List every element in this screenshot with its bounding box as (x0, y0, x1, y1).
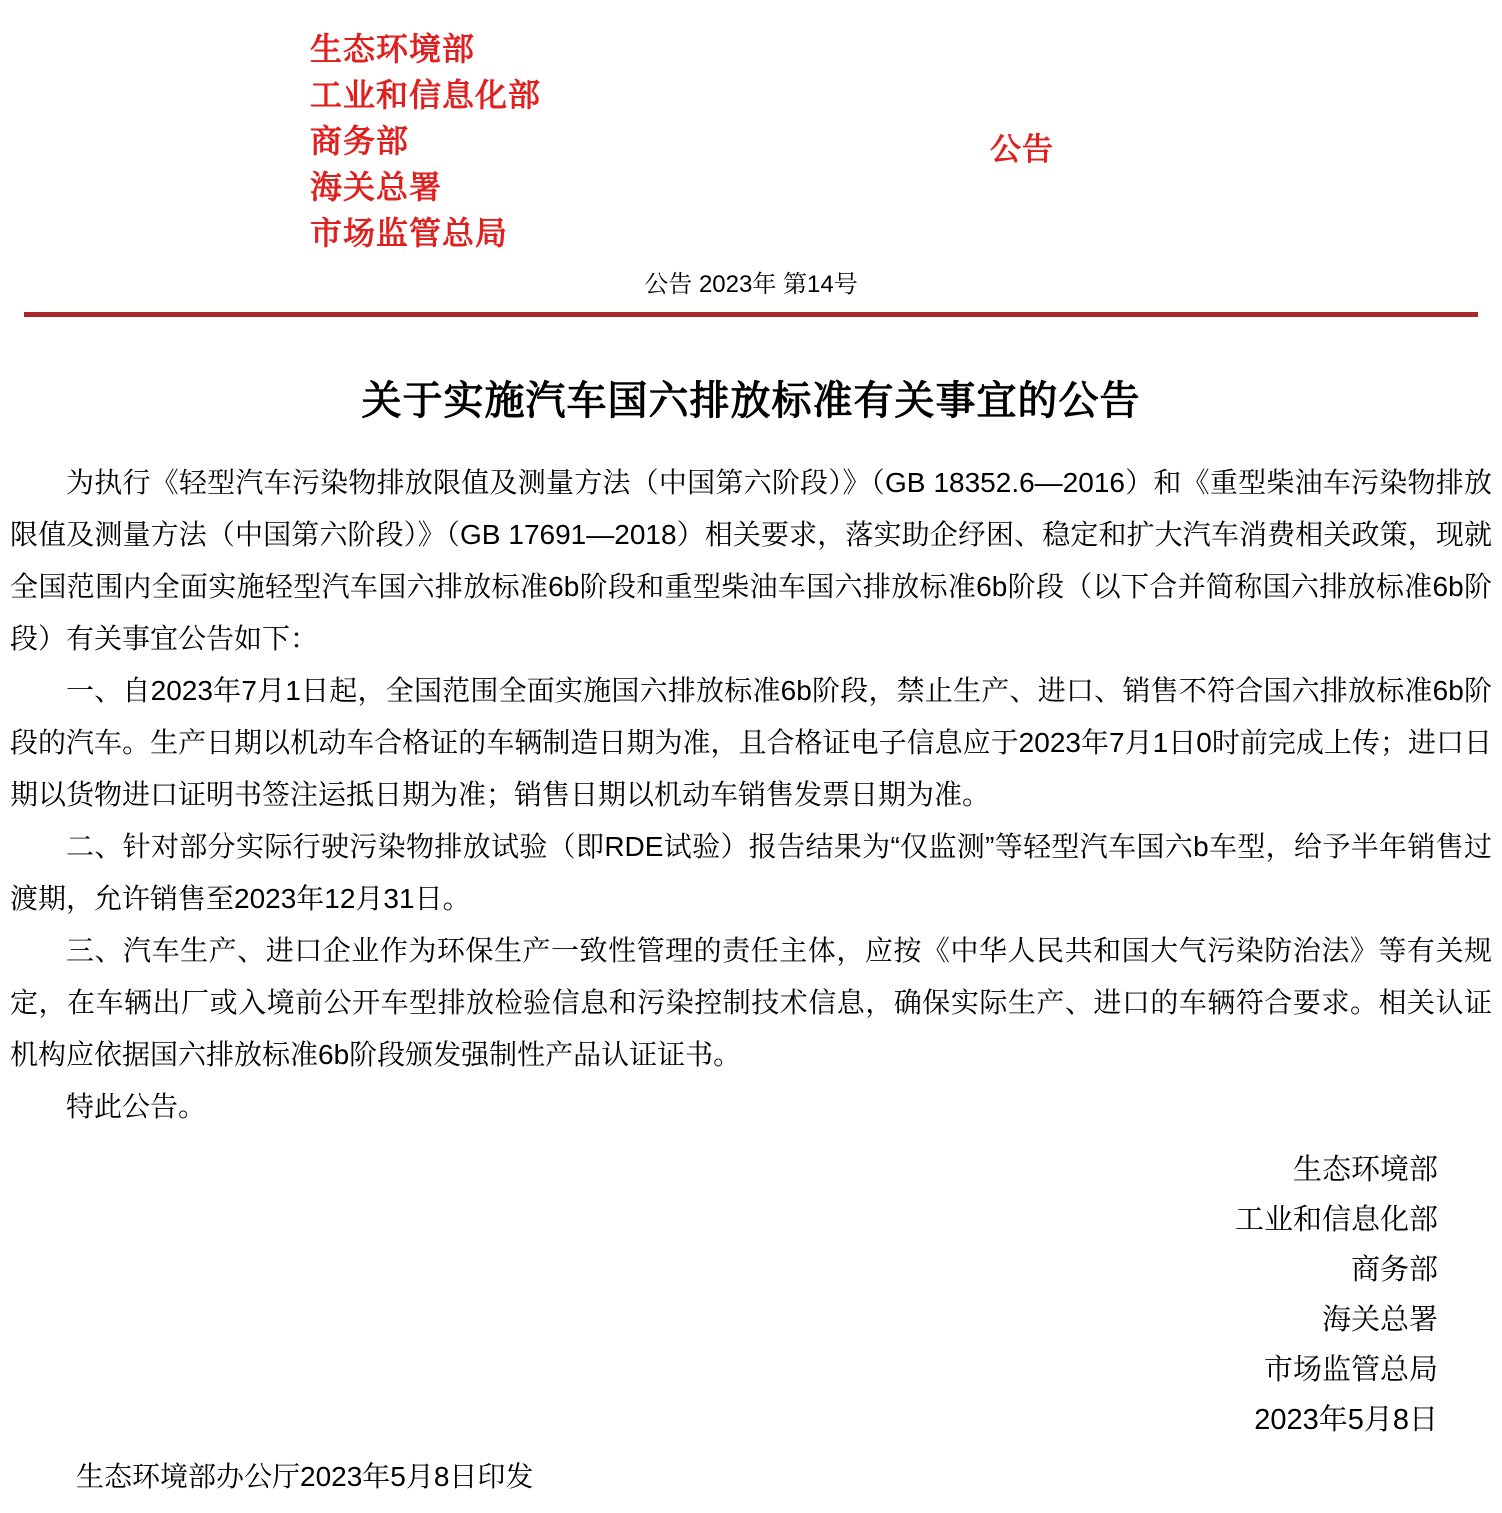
notice-type-label: 公告 (990, 124, 1054, 169)
document-title: 关于实施汽车国六排放标准有关事宜的公告 (0, 377, 1502, 425)
issuing-agency-4: 海关总署 (310, 164, 1502, 210)
signature-agency-2: 工业和信息化部 (0, 1195, 1438, 1245)
signature-agency-4: 海关总署 (0, 1295, 1438, 1345)
signature-block: 生态环境部 工业和信息化部 商务部 海关总署 市场监管总局 2023年5月8日 (0, 1145, 1502, 1445)
signature-agency-1: 生态环境部 (0, 1145, 1438, 1195)
signature-agency-5: 市场监管总局 (0, 1345, 1438, 1395)
document-number: 公告 2023年 第14号 (0, 270, 1502, 300)
signature-agency-3: 商务部 (0, 1245, 1438, 1295)
document-body: 为执行《轻型汽车污染物排放限值及测量方法（中国第六阶段）》（GB 18352.6… (0, 457, 1502, 1133)
imprint-line: 生态环境部办公厅2023年5月8日印发 (0, 1459, 1502, 1513)
red-divider-line (24, 312, 1478, 317)
body-paragraph-item-2: 二、针对部分实际行驶污染物排放试验（即RDE试验）报告结果为“仅监测”等轻型汽车… (10, 821, 1492, 925)
body-paragraph-intro: 为执行《轻型汽车污染物排放限值及测量方法（中国第六阶段）》（GB 18352.6… (10, 457, 1492, 665)
signature-date: 2023年5月8日 (0, 1395, 1438, 1445)
announcement-page: { "page": { "accent_red": "#e01f1f", "di… (0, 0, 1502, 1513)
issuing-agency-3: 商务部 (310, 118, 1502, 164)
document-header: 生态环境部 工业和信息化部 商务部 海关总署 市场监管总局 公告 (0, 0, 1502, 256)
issuing-agency-1: 生态环境部 (310, 26, 1502, 72)
body-paragraph-closing: 特此公告。 (10, 1081, 1492, 1133)
issuing-agency-list: 生态环境部 工业和信息化部 商务部 海关总署 市场监管总局 (310, 26, 1502, 256)
issuing-agency-2: 工业和信息化部 (310, 72, 1502, 118)
issuing-agency-5: 市场监管总局 (310, 210, 1502, 256)
body-paragraph-item-1: 一、自2023年7月1日起，全国范围全面实施国六排放标准6b阶段，禁止生产、进口… (10, 665, 1492, 821)
body-paragraph-item-3: 三、汽车生产、进口企业作为环保生产一致性管理的责任主体，应按《中华人民共和国大气… (10, 925, 1492, 1081)
